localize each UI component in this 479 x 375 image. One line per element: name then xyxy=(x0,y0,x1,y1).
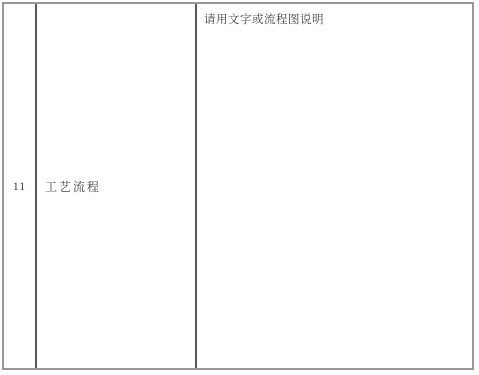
row-content-cell: 请用文字或流程图说明 xyxy=(197,4,472,368)
scanned-form-page: { "document": { "background_color": "#ff… xyxy=(0,0,479,375)
content-instruction-note: 请用文字或流程图说明 xyxy=(204,14,324,26)
form-table: 11 工艺流程 请用文字或流程图说明 xyxy=(2,2,474,370)
row-number: 11 xyxy=(13,179,27,194)
row-label-cell: 工艺流程 xyxy=(37,4,197,368)
row-number-cell: 11 xyxy=(4,4,37,368)
row-label: 工艺流程 xyxy=(45,178,101,195)
